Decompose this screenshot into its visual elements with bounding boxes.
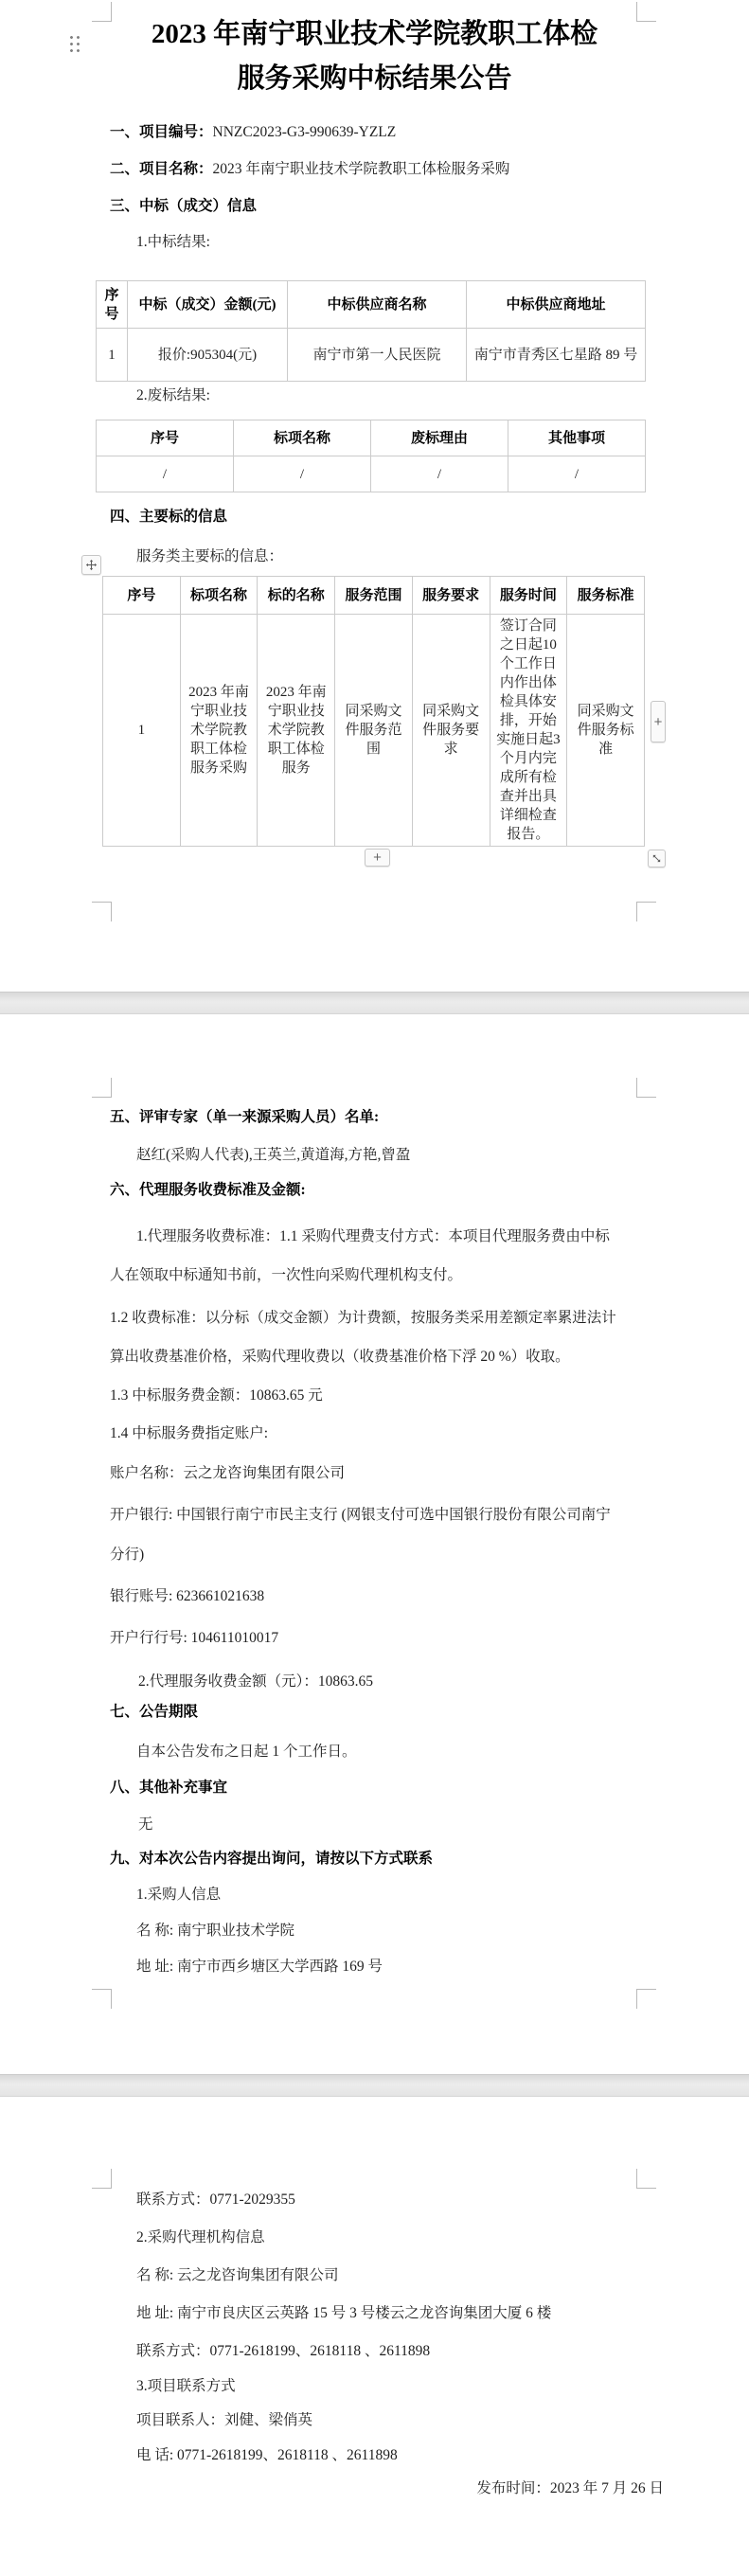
award-cell-index: 1 — [97, 329, 128, 382]
page2-top-right-margin-mark — [636, 1078, 656, 1098]
invalid-header-item: 标项名称 — [234, 420, 371, 456]
invalid-bid-table: 序号 标项名称 废标理由 其他事项 / / / / — [96, 420, 646, 492]
section-9-heading: 九、对本次公告内容提出询问，请按以下方式联系 — [110, 1850, 433, 1869]
bank-line-2: 分行) — [110, 1546, 144, 1565]
award-cell-supplier: 南宁市第一人民医院 — [288, 329, 467, 382]
add-row-button[interactable]: + — [365, 849, 390, 867]
project-contact-label: 3.项目联系方式 — [136, 2377, 236, 2396]
page-title-line1: 2023 年南宁职业技术学院教职工体检 — [38, 12, 711, 57]
award-header-address: 中标供应商地址 — [467, 281, 646, 329]
page1-bottom-left-margin-mark — [92, 902, 112, 921]
service-cell-item-name: 2023 年南宁职业技术学院教职工体检服务采购 — [180, 615, 258, 847]
award-cell-address: 南宁市青秀区七星路 89 号 — [467, 329, 646, 382]
service-header-requirement: 服务要求 — [412, 577, 490, 615]
section-3-heading: 三、中标（成交）信息 — [110, 197, 257, 216]
section-6-heading: 六、代理服务收费标准及金额: — [110, 1181, 306, 1200]
project-number-value: NNZC2023-G3-990639-YZLZ — [213, 124, 397, 140]
purchaser-address-line: 地 址: 南宁市西乡塘区大学西路 169 号 — [136, 1958, 383, 1977]
service-table-row: 1 2023 年南宁职业技术学院教职工体检服务采购 2023 年南宁职业技术学院… — [103, 615, 645, 847]
fee-paragraph-2a: 1.2 收费标准：以分标（成交金额）为计费额，按服务类采用差额定率累进法计 — [110, 1309, 616, 1328]
award-result-label: 1.中标结果: — [136, 233, 210, 252]
section-1-project-number: 一、项目编号：NNZC2023-G3-990639-YZLZ — [110, 123, 396, 142]
experts-list: 赵红(采购人代表),王英兰,黄道海,方艳,曾盈 — [136, 1146, 410, 1165]
section-2-label: 二、项目名称： — [110, 161, 213, 177]
agency-info-label: 2.采购代理机构信息 — [136, 2228, 265, 2247]
move-icon — [85, 559, 98, 571]
page-separator-1 — [0, 992, 749, 1014]
service-cell-index: 1 — [103, 615, 181, 847]
award-table-header-row: 序号 中标（成交）金额(元) 中标供应商名称 中标供应商地址 — [97, 281, 646, 329]
page1-bottom-right-margin-mark — [636, 902, 656, 921]
service-cell-standard: 同采购文件服务标准 — [567, 615, 645, 847]
service-cell-time: 签订合同之日起10个工作日内作出体检具体安排，开始实施日起3个月内完成所有检查并… — [490, 615, 567, 847]
fee-paragraph-1a: 1.代理服务收费标准：1.1 采购代理费支付方式：本项目代理服务费由中标 — [136, 1227, 610, 1246]
section-1-label: 一、项目编号： — [110, 124, 213, 140]
invalid-header-other: 其他事项 — [508, 420, 646, 456]
project-name-value: 2023 年南宁职业技术学院教职工体检服务采购 — [213, 161, 510, 177]
agency-name-line: 名 称: 云之龙咨询集团有限公司 — [136, 2266, 339, 2285]
invalid-result-label: 2.废标结果: — [136, 386, 210, 405]
add-column-button[interactable]: + — [651, 701, 666, 742]
service-cell-requirement: 同采购文件服务要求 — [412, 615, 490, 847]
invalid-cell-reason: / — [371, 456, 508, 492]
service-cell-scope: 同采购文件服务范围 — [335, 615, 413, 847]
diagonal-resize-icon — [651, 853, 662, 864]
project-tel-line: 电 话: 0771-2618199、2618118 、2611898 — [136, 2446, 398, 2465]
service-header-standard: 服务标准 — [567, 577, 645, 615]
document-canvas: 2023 年南宁职业技术学院教职工体检 服务采购中标结果公告 一、项目编号：NN… — [0, 0, 749, 2576]
page3-top-right-margin-mark — [636, 2169, 656, 2189]
agency-tel-line: 联系方式：0771-2618199、2618118 、2611898 — [136, 2342, 430, 2361]
bank-line-1: 开户银行: 中国银行南宁市民主支行 (网银支付可选中国银行股份有限公司南宁 — [110, 1506, 611, 1525]
page-title-line2: 服务采购中标结果公告 — [38, 57, 711, 101]
invalid-cell-index: / — [97, 456, 234, 492]
agency-address-line: 地 址: 南宁市良庆区云英路 15 号 3 号楼云之龙咨询集团大厦 6 楼 — [136, 2304, 551, 2323]
invalid-header-reason: 废标理由 — [371, 420, 508, 456]
fee-paragraph-1b: 人在领取中标通知书前，一次性向采购代理机构支付。 — [110, 1266, 462, 1285]
invalid-cell-other: / — [508, 456, 646, 492]
page2-top-left-margin-mark — [92, 1078, 112, 1098]
move-table-button[interactable] — [81, 555, 101, 575]
project-contact-line: 项目联系人：刘健、梁俏英 — [136, 2411, 312, 2430]
service-table: 序号 标项名称 标的名称 服务范围 服务要求 服务时间 服务标准 1 2023 … — [102, 576, 645, 847]
invalid-cell-item: / — [234, 456, 371, 492]
invalid-header-index: 序号 — [97, 420, 234, 456]
section-8-body: 无 — [138, 1816, 153, 1834]
agency-fee-amount-line: 2.代理服务收费金额（元）：10863.65 — [138, 1673, 373, 1691]
bank-number-line: 开户行行号: 104611010017 — [110, 1629, 278, 1648]
service-header-item-name: 标项名称 — [180, 577, 258, 615]
award-cell-amount: 报价:905304(元) — [128, 329, 288, 382]
purchaser-info-label: 1.采购人信息 — [136, 1886, 221, 1905]
service-cell-subject-name: 2023 年南宁职业技术学院教职工体检服务 — [258, 615, 335, 847]
publish-date-line: 发布时间：2023 年 7 月 26 日 — [476, 2479, 664, 2498]
award-header-index: 序号 — [97, 281, 128, 329]
service-header-scope: 服务范围 — [335, 577, 413, 615]
service-header-time: 服务时间 — [490, 577, 567, 615]
account-name-line: 账户名称：云之龙咨询集团有限公司 — [110, 1464, 345, 1483]
section-2-project-name: 二、项目名称：2023 年南宁职业技术学院教职工体检服务采购 — [110, 160, 509, 179]
fee-amount-line: 1.3 中标服务费金额：10863.65 元 — [110, 1386, 323, 1405]
page-separator-2 — [0, 2074, 749, 2097]
award-header-amount: 中标（成交）金额(元) — [128, 281, 288, 329]
invalid-table-row: / / / / — [97, 456, 646, 492]
section-8-heading: 八、其他补充事宜 — [110, 1779, 227, 1798]
fee-account-label: 1.4 中标服务费指定账户: — [110, 1424, 268, 1443]
page2-bottom-left-margin-mark — [92, 1989, 112, 2009]
page3-top-left-margin-mark — [92, 2169, 112, 2189]
bank-account-line: 银行账号: 623661021638 — [110, 1587, 264, 1606]
award-table-row: 1 报价:905304(元) 南宁市第一人民医院 南宁市青秀区七星路 89 号 — [97, 329, 646, 382]
page2-bottom-right-margin-mark — [636, 1989, 656, 2009]
award-header-supplier: 中标供应商名称 — [288, 281, 467, 329]
section-7-body: 自本公告发布之日起 1 个工作日。 — [136, 1743, 357, 1762]
service-header-subject-name: 标的名称 — [258, 577, 335, 615]
service-header-index: 序号 — [103, 577, 181, 615]
fee-paragraph-2b: 算出收费基准价格，采购代理收费以（收费基准价格下浮 20 %）收取。 — [110, 1348, 570, 1367]
service-table-header-row: 序号 标项名称 标的名称 服务范围 服务要求 服务时间 服务标准 — [103, 577, 645, 615]
invalid-table-header-row: 序号 标项名称 废标理由 其他事项 — [97, 420, 646, 456]
section-4-heading: 四、主要标的信息 — [110, 508, 227, 527]
award-table: 序号 中标（成交）金额(元) 中标供应商名称 中标供应商地址 1 报价:9053… — [96, 280, 646, 382]
resize-table-button[interactable] — [648, 850, 666, 868]
purchaser-tel-line: 联系方式：0771-2029355 — [136, 2191, 295, 2209]
section-5-heading: 五、评审专家（单一来源采购人员）名单: — [110, 1108, 379, 1127]
purchaser-name-line: 名 称: 南宁职业技术学院 — [136, 1922, 294, 1941]
section-7-heading: 七、公告期限 — [110, 1703, 198, 1722]
service-info-label: 服务类主要标的信息： — [136, 547, 283, 566]
